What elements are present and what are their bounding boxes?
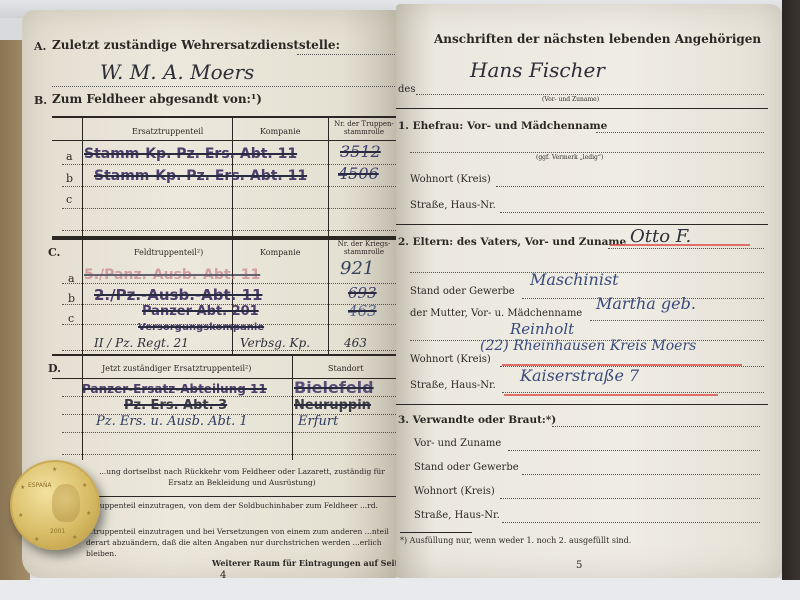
section-rule	[396, 108, 768, 109]
field-label-mutter: der Mutter, Vor- u. Mädchenname	[410, 308, 582, 319]
dotted-line	[590, 320, 764, 321]
page-number-left: 4	[220, 570, 226, 581]
col-header-ersatztruppenteil: Jetzt zuständiger Ersatztruppenteil²)	[102, 364, 251, 373]
dotted-line	[500, 212, 764, 213]
dotted-line	[62, 454, 398, 455]
coin-portrait-icon	[52, 484, 80, 522]
row-unit: Pz. Ers. Abt. 3	[124, 398, 227, 413]
parents-street: Kaiserstraße 7	[520, 366, 639, 385]
parents-label: 2. Eltern: des Vaters, Vor- und Zuname	[398, 236, 626, 248]
table-vrule	[328, 116, 329, 236]
father-occupation: Maschinist	[530, 270, 619, 289]
star-icon: ★	[52, 466, 57, 473]
row-letter: b	[66, 172, 73, 185]
soldier-name: Hans Fischer	[470, 58, 605, 82]
table-rule	[52, 354, 398, 356]
footnote-3: ...truppenteil einzutragen und bei Verse…	[86, 526, 398, 559]
continuation-note: Weiterer Raum für Eintragungen auf Seite…	[212, 558, 417, 568]
row-letter: c	[66, 193, 72, 206]
row-unit: Stamm-Kp. Pz. Ers. Abt. 11	[84, 146, 297, 162]
row-number: 463	[344, 336, 367, 350]
col-header-kompanie: Kompanie	[260, 248, 301, 257]
dotted-line	[52, 86, 395, 87]
field-label-strasse: Straße, Haus-Nr.	[414, 510, 500, 521]
background-bottom	[0, 578, 800, 600]
footnote-2: ...truppenteil einzutragen, von dem der …	[86, 500, 398, 511]
row-unit: Versorgungskompanie	[138, 322, 264, 333]
col-header-stammrolle: Nr. der Truppen-stammrolle	[330, 120, 398, 136]
row-unit: Panzer-Ersatz-Abteilung 11	[82, 382, 267, 396]
dotted-line	[62, 432, 398, 433]
dotted-line	[62, 230, 398, 231]
section-b-label: B.	[34, 94, 47, 107]
field-label-stand: Stand oder Gewerbe	[414, 462, 519, 473]
mother-name: Martha geb.	[596, 294, 696, 313]
name-hint: (Vor- und Zuname)	[542, 96, 599, 103]
right-page: Anschriften der nächsten lebenden Angehö…	[396, 4, 782, 578]
section-b-title: Zum Feldheer abgesandt von:¹)	[52, 92, 262, 106]
dotted-line	[62, 208, 398, 209]
dotted-line	[62, 186, 398, 187]
dotted-line	[508, 450, 760, 451]
col-header-feldtruppenteil: Feldtruppenteil²)	[134, 248, 203, 257]
dotted-line	[500, 498, 760, 499]
table-vrule	[292, 354, 293, 460]
col-header-standort: Standort	[328, 364, 364, 373]
dotted-line	[502, 392, 764, 393]
coin-country: ESPAÑA	[28, 482, 52, 489]
field-label-strasse: Straße, Haus-Nr.	[410, 380, 496, 391]
field-label-wohnort: Wohnort (Kreis)	[410, 354, 491, 365]
des-label: des	[398, 84, 415, 95]
row-number: 921	[340, 258, 374, 279]
dotted-line	[608, 248, 764, 249]
table-rule	[52, 140, 398, 141]
footnote: *) Ausfüllung nur, wenn weder 1. noch 2.…	[400, 536, 631, 545]
col-header-ersatztruppenteil: Ersatztruppenteil	[132, 127, 203, 136]
section-a-label: A.	[34, 40, 46, 53]
dotted-line	[62, 396, 398, 397]
field-label-wohnort: Wohnort (Kreis)	[414, 486, 495, 497]
dotted-line	[522, 474, 760, 475]
section-rule	[396, 404, 768, 405]
row-number: 4506	[338, 164, 379, 183]
table-rule	[52, 116, 398, 118]
field-label-stand: Stand oder Gewerbe	[410, 286, 515, 297]
section-d-label: D.	[48, 362, 61, 375]
footnote-1: ...ung dortselbst nach Rückkehr vom Feld…	[86, 466, 398, 488]
row-unit: Panzer Abt. 201	[142, 304, 259, 319]
table-vrule	[328, 238, 329, 354]
coin-year: 2001	[50, 528, 65, 535]
row-number: 463	[348, 302, 377, 320]
parents-town: (22) Rheinhausen Kreis Moers	[480, 338, 696, 354]
row-location: Neuruppin	[294, 398, 371, 413]
star-icon: ★	[34, 536, 39, 543]
star-icon: ★	[20, 484, 25, 491]
page-number-right: 5	[576, 560, 582, 571]
red-underline	[504, 394, 718, 396]
field-label-wohnort: Wohnort (Kreis)	[410, 174, 491, 185]
col-header-kompanie: Kompanie	[260, 127, 301, 136]
dotted-line	[297, 54, 395, 55]
col-header-kriegsstammrolle: Nr. der Kriegs-stammrolle	[330, 240, 398, 256]
row-company: Verbsg. Kp.	[240, 336, 310, 350]
row-unit: 2./Pz.-Ausb.-Abt. 11	[94, 286, 262, 304]
dotted-line	[552, 426, 760, 427]
section-c-label: C.	[48, 246, 60, 259]
table-vrule	[82, 238, 83, 354]
row-location: Bielefeld	[294, 378, 374, 397]
page-title: Anschriften der nächsten lebenden Angehö…	[434, 32, 761, 46]
section-rule	[396, 224, 768, 225]
star-icon: ★	[82, 482, 87, 489]
table-vrule	[82, 116, 83, 236]
row-letter: a	[66, 150, 73, 163]
row-number: 693	[348, 284, 377, 302]
coin-20-euro-cent: ESPAÑA 2001 ★ ★ ★ ★ ★ ★ ★	[10, 460, 100, 550]
father-name: Otto F.	[630, 226, 691, 247]
row-location: Erfurt	[298, 414, 338, 429]
dotted-line	[62, 350, 398, 351]
section-a-title: Zuletzt zuständige Wehrersatzdienststell…	[52, 38, 340, 52]
relatives-label: 3. Verwandte oder Braut:*)	[398, 414, 556, 426]
star-icon: ★	[86, 510, 91, 517]
field-label-strasse: Straße, Haus-Nr.	[410, 200, 496, 211]
footnote-rule	[52, 496, 398, 497]
footnote-rule	[400, 532, 472, 533]
star-icon: ★	[72, 534, 77, 541]
row-unit: II / Pz. Regt. 21	[94, 336, 189, 350]
dotted-line	[596, 132, 764, 133]
row-unit: Pz. Ers. u. Ausb. Abt. 1	[96, 414, 248, 429]
book-cover-right	[782, 0, 800, 580]
star-icon: ★	[18, 512, 23, 519]
dotted-line	[410, 152, 764, 153]
table-vrule	[82, 354, 83, 460]
dotted-line	[496, 186, 764, 187]
row-unit: 5./Panz.-Ausb.-Abt. 11	[84, 267, 260, 283]
dotted-line	[416, 94, 764, 95]
row-unit: Stamm-Kp. Pz. Ers. Abt. 11	[94, 168, 307, 184]
dotted-line	[502, 522, 760, 523]
mother-maiden-name: Reinholt	[510, 320, 574, 338]
field-label-name: Vor- und Zuname	[414, 438, 501, 449]
spouse-hint: (ggf. Vermerk „ledig“)	[536, 154, 603, 161]
spouse-label: 1. Ehefrau: Vor- und Mädchenname	[398, 120, 607, 132]
row-number: 3512	[340, 142, 381, 161]
section-a-value: W. M. A. Moers	[100, 60, 254, 84]
